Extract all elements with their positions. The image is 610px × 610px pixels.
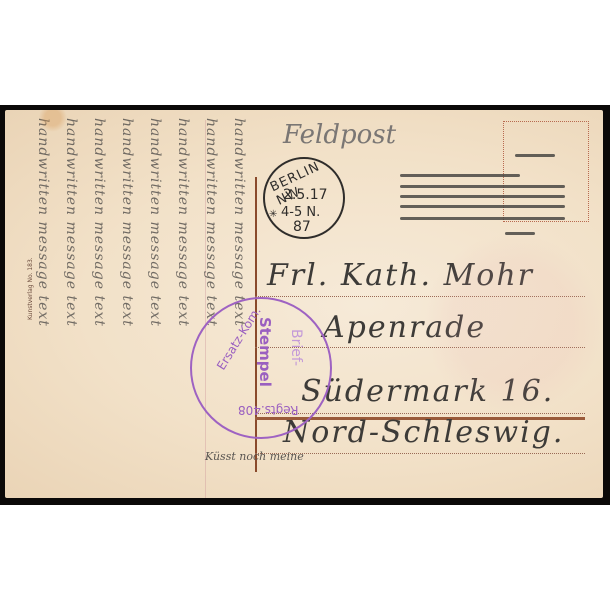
printer-mark: Kunstverlag No. 183. bbox=[27, 257, 34, 320]
address-line-1 bbox=[255, 296, 585, 297]
feldpost-header: Feldpost bbox=[283, 120, 396, 150]
star-icon: ✳ bbox=[269, 209, 277, 220]
message-line: handwritten message text bbox=[35, 118, 51, 327]
handwritten-message: handwritten message text handwritten mes… bbox=[15, 118, 255, 490]
stamp-center-text: Stempel bbox=[256, 317, 274, 387]
postmark-time: 4-5 N. bbox=[281, 205, 320, 220]
message-line: handwritten message text bbox=[147, 118, 163, 327]
message-line: handwritten message text bbox=[63, 118, 79, 327]
message-line: handwritten message text bbox=[231, 118, 247, 327]
message-line: handwritten message text bbox=[203, 118, 219, 327]
berlin-postmark: BERLIN NW 2.5.17 4-5 N. 87 ✳ bbox=[263, 157, 345, 239]
stamp-right-text: Brief- bbox=[288, 329, 304, 366]
postcard: handwritten message text handwritten mes… bbox=[5, 110, 603, 498]
postmark-date: 2.5.17 bbox=[283, 187, 328, 203]
message-line: handwritten message text bbox=[119, 118, 135, 327]
message-line: handwritten message text bbox=[91, 118, 107, 327]
unit-censor-stamp: Ersatz-Kom. Stempel Brief- Regts.408 bbox=[190, 297, 332, 439]
recipient-street: Südermark 16. bbox=[301, 374, 554, 409]
postmark-office: 87 bbox=[293, 219, 311, 235]
recipient-region: Nord-Schleswig. bbox=[283, 415, 564, 450]
address-line-4 bbox=[255, 453, 585, 454]
recipient-city: Apenrade bbox=[323, 310, 486, 345]
sender-note: Küsst noch meine bbox=[205, 450, 304, 463]
recipient-name: Frl. Kath. Mohr bbox=[267, 258, 534, 293]
message-line: handwritten message text bbox=[175, 118, 191, 327]
stamp-bottom-text: Regts.408 bbox=[238, 403, 298, 417]
